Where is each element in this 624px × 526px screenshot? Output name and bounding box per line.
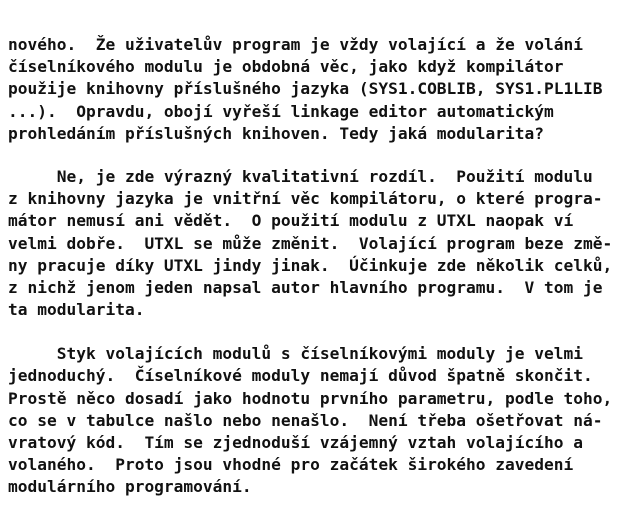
typewritten-page: nového. Že uživatelův program je vždy vo… [8,34,624,499]
text-line: číselníkového modulu je obdobná věc, jak… [8,56,624,78]
paragraph-3: Styk volajících modulů s číselníkovými m… [8,343,624,498]
text-line: modulárního programování. [8,476,624,498]
text-line: vratový kód. Tím se zjednoduší vzájemný … [8,432,624,454]
text-line: ny pracuje díky UTXL jindy jinak. Účinku… [8,255,624,277]
text-line: z nichž jenom jeden napsal autor hlavníh… [8,277,624,299]
paragraph-2: Ne, je zde výrazný kvalitativní rozdíl. … [8,166,624,321]
text-line: ta modularita. [8,299,624,321]
text-line: Styk volajících modulů s číselníkovými m… [8,343,624,365]
text-line: jednoduchý. Číselníkové moduly nemají dů… [8,365,624,387]
text-line: prohledáním příslušných knihoven. Tedy j… [8,123,624,145]
text-line: Ne, je zde výrazný kvalitativní rozdíl. … [8,166,624,188]
text-line: co se v tabulce našlo nebo nenašlo. Není… [8,410,624,432]
paragraph-1: nového. Že uživatelův program je vždy vo… [8,34,624,145]
text-line: volaného. Proto jsou vhodné pro začátek … [8,454,624,476]
text-line: z knihovny jazyka je vnitřní věc kompilá… [8,188,624,210]
text-line: Prostě něco dosadí jako hodnotu prvního … [8,388,624,410]
text-line: ...). Opravdu, obojí vyřeší linkage edit… [8,101,624,123]
text-line: použije knihovny příslušného jazyka (SYS… [8,78,624,100]
text-line: mátor nemusí ani vědět. O použití modulu… [8,210,624,232]
text-line: nového. Že uživatelův program je vždy vo… [8,34,624,56]
text-line: velmi dobře. UTXL se může změnit. Volají… [8,233,624,255]
